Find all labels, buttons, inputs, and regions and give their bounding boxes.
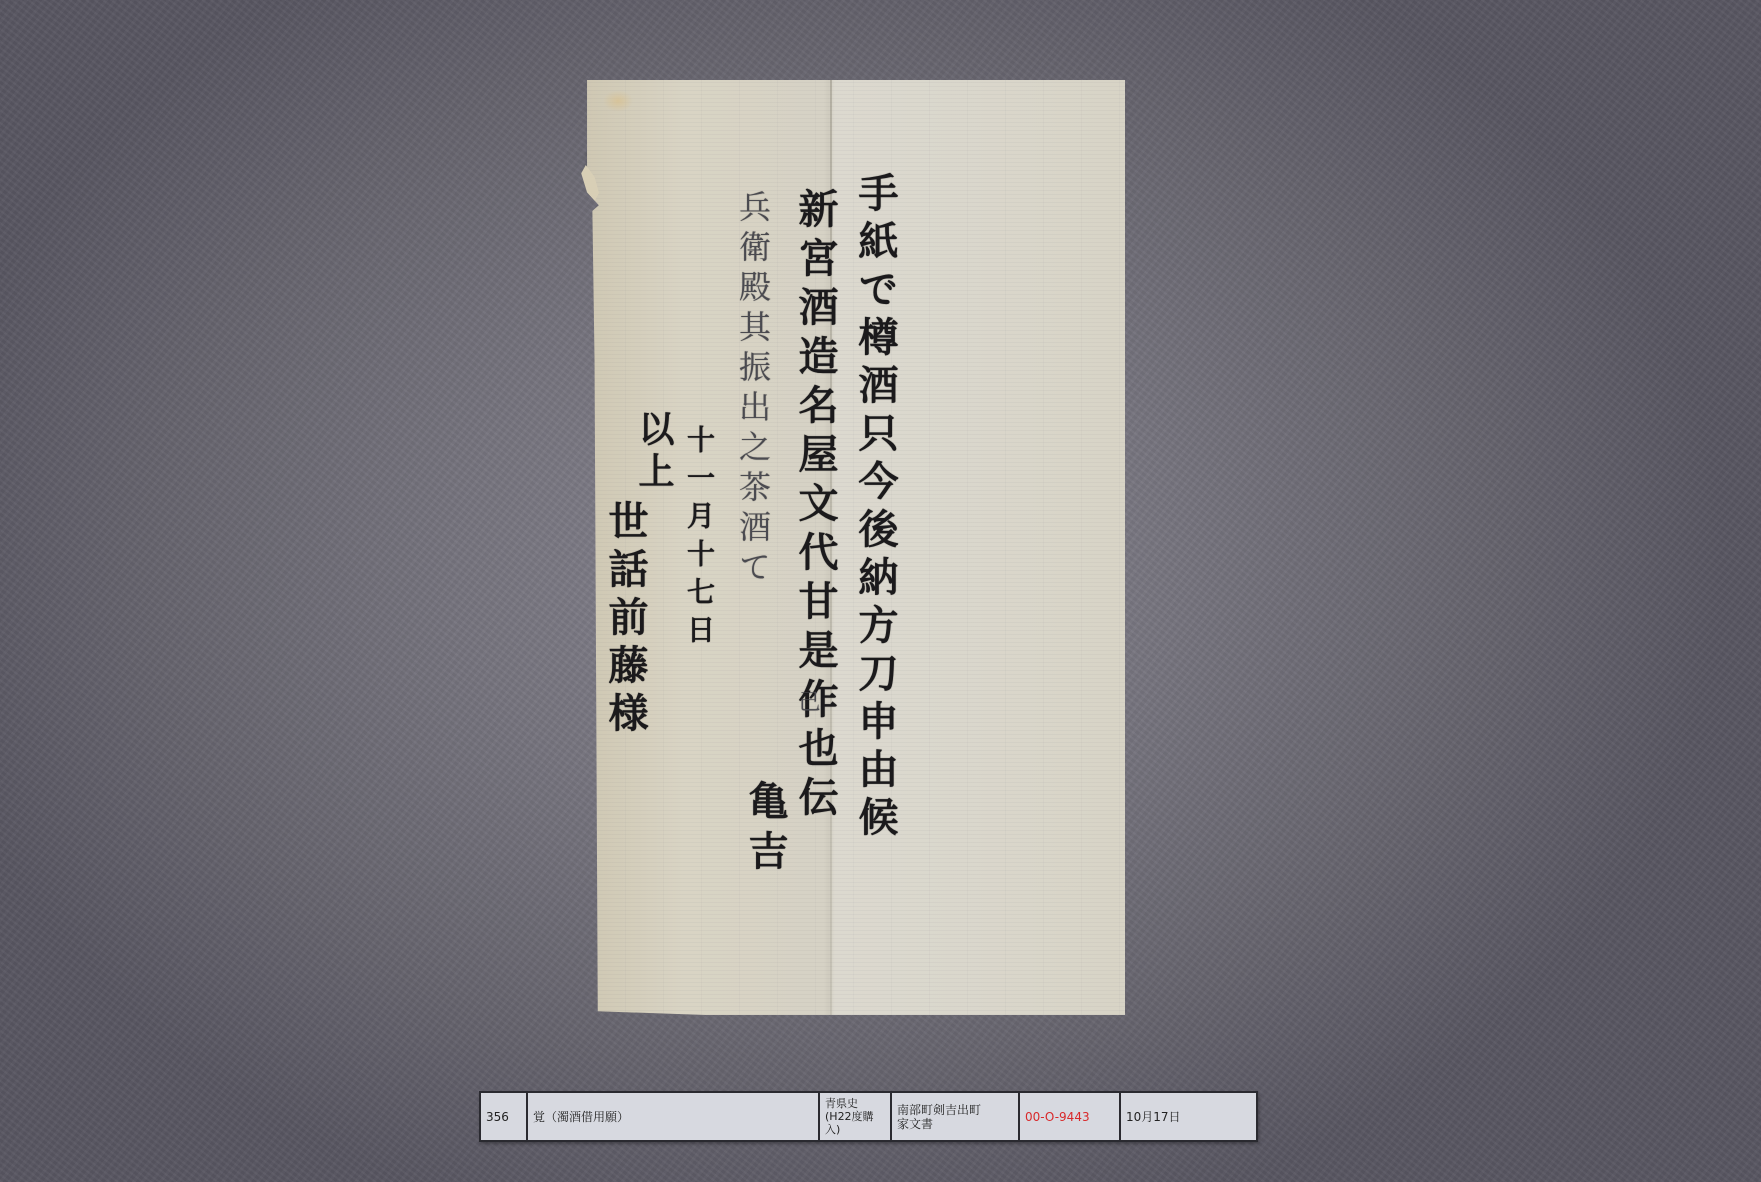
catalog-label: 356 覚（濁酒借用願） 青県史 (H22度購 入) 南部町剣吉出町 家文書 0… <box>479 1091 1258 1142</box>
calligraphy-mark: 己 <box>792 690 823 718</box>
label-source: 青県史 (H22度購 入) <box>820 1093 892 1140</box>
paper-tear <box>577 165 599 205</box>
document-paper: 手紙で樽酒只今後納方刀申由候 新宮酒造名屋文代甘是作也伝 兵衛殿其振出之茶酒て … <box>587 80 1125 1015</box>
label-title: 覚（濁酒借用願） <box>528 1093 820 1140</box>
label-collection: 南部町剣吉出町 家文書 <box>892 1093 1020 1140</box>
calligraphy-column-signature: 亀吉 <box>737 780 794 880</box>
calligraphy-column-date: 十一月十七日 <box>679 425 719 653</box>
calligraphy-column-3: 兵衛殿其振出之茶酒て <box>730 190 776 590</box>
calligraphy-column-2: 新宮酒造名屋文代甘是作也伝 <box>787 188 844 825</box>
label-date: 10月17日 <box>1121 1093 1256 1140</box>
calligraphy-column-addressee: 世話前藤様 <box>597 500 654 740</box>
calligraphy-column-closing: 以上 <box>629 410 680 494</box>
label-catalog-code: 00-O-9443 <box>1020 1093 1121 1140</box>
calligraphy-column-1: 手紙で樽酒只今後納方刀申由候 <box>847 172 904 844</box>
label-number: 356 <box>481 1093 528 1140</box>
